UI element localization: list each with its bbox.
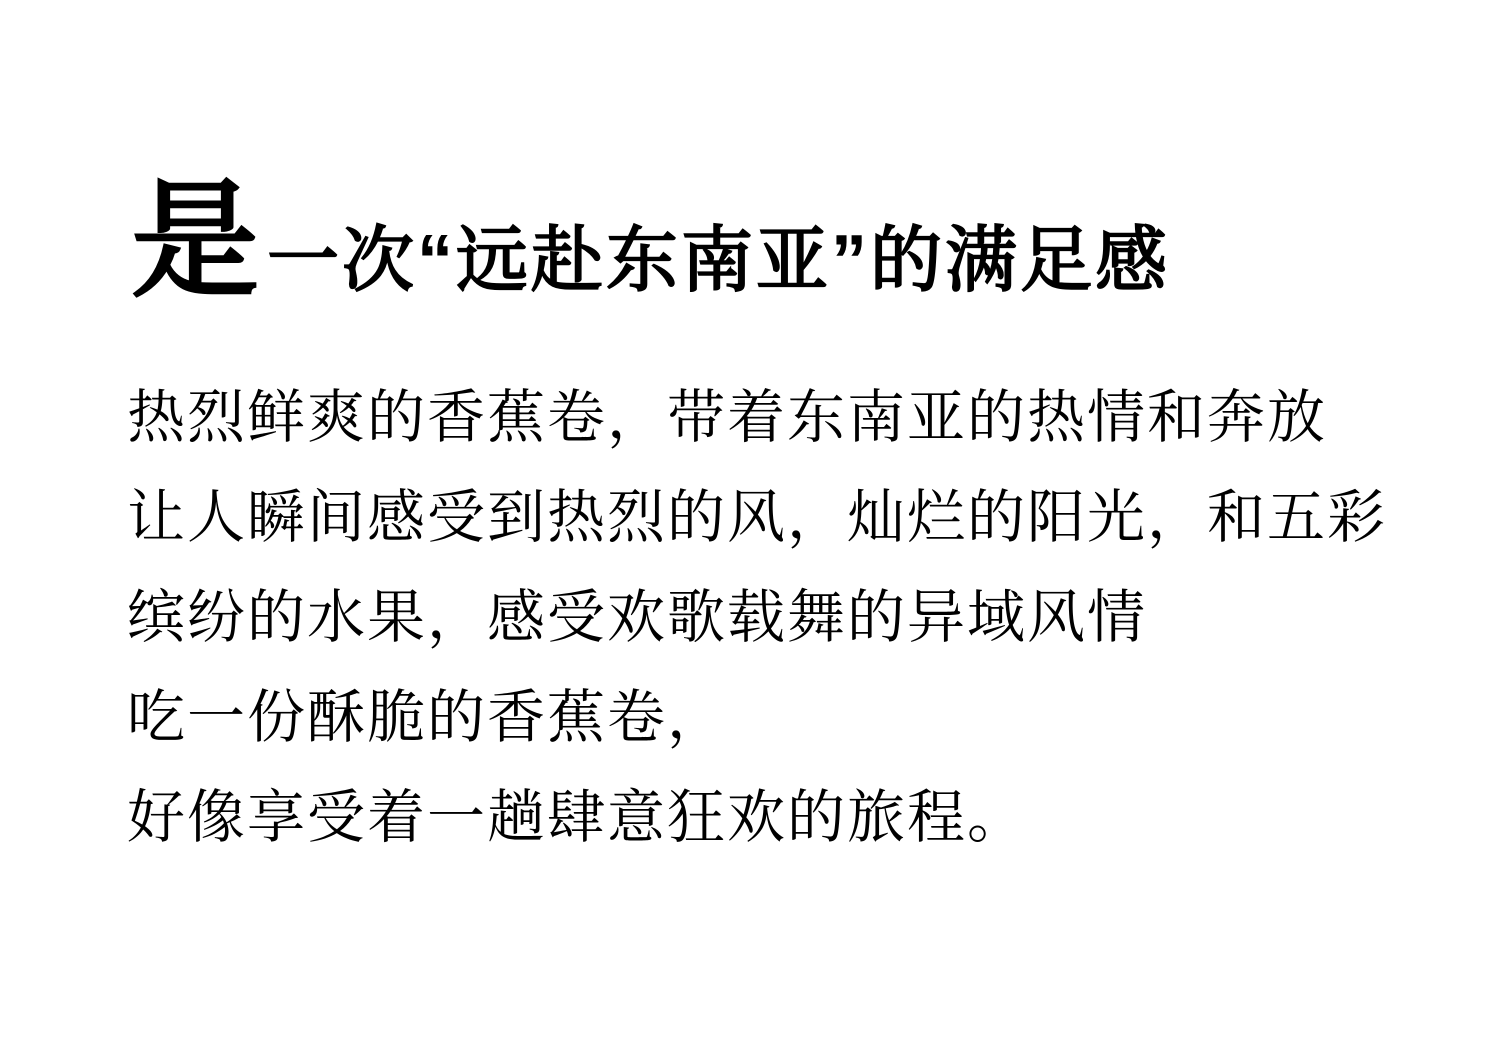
body-paragraph: 热烈鲜爽的香蕉卷，带着东南亚的热情和奔放 让人瞬间感受到热烈的风，灿烂的阳光，和… — [127, 368, 1387, 868]
body-line-5: 好像享受着一趟肆意狂欢的旅程。 — [127, 768, 1387, 868]
heading-lead-character: 是 — [131, 170, 259, 313]
body-line-4: 吃一份酥脆的香蕉卷， — [127, 668, 1387, 768]
page-title: 是一次“远赴东南亚”的满足感 — [131, 178, 1170, 306]
page: 是一次“远赴东南亚”的满足感 热烈鲜爽的香蕉卷，带着东南亚的热情和奔放 让人瞬间… — [0, 0, 1500, 1050]
heading-rest-text: 一次“远赴东南亚”的满足感 — [267, 221, 1170, 301]
body-line-2: 让人瞬间感受到热烈的风，灿烂的阳光，和五彩 — [127, 468, 1387, 568]
body-line-1: 热烈鲜爽的香蕉卷，带着东南亚的热情和奔放 — [127, 368, 1387, 468]
body-line-3: 缤纷的水果，感受欢歌载舞的异域风情 — [127, 568, 1387, 668]
